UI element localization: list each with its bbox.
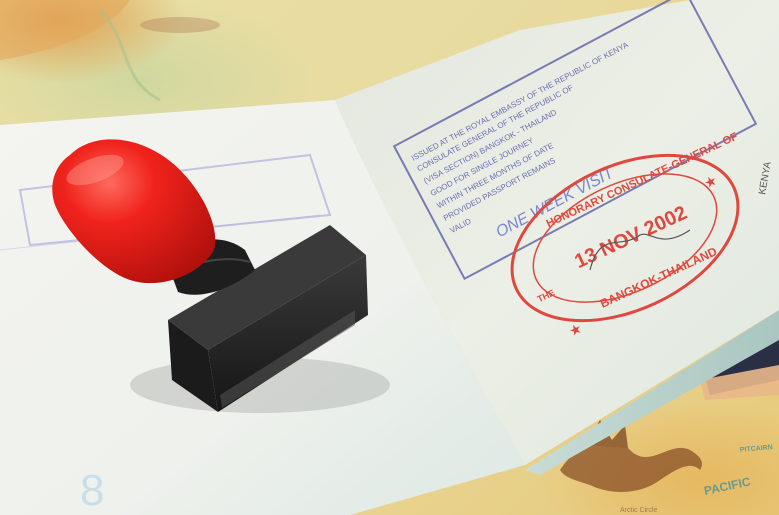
photo-scene: PACIFIC PITCAIRN Arctic Circle 8 ISSUED … (0, 0, 779, 515)
map-label-pacific: PACIFIC (703, 474, 752, 498)
scene-illustration: PACIFIC PITCAIRN Arctic Circle 8 ISSUED … (0, 0, 779, 515)
sea-serpent-illustration (560, 420, 702, 492)
map-label-arctic-circle: Arctic Circle (620, 507, 657, 514)
map-label-pitcairn: PITCAIRN (740, 444, 774, 454)
page-number: 8 (80, 466, 104, 515)
